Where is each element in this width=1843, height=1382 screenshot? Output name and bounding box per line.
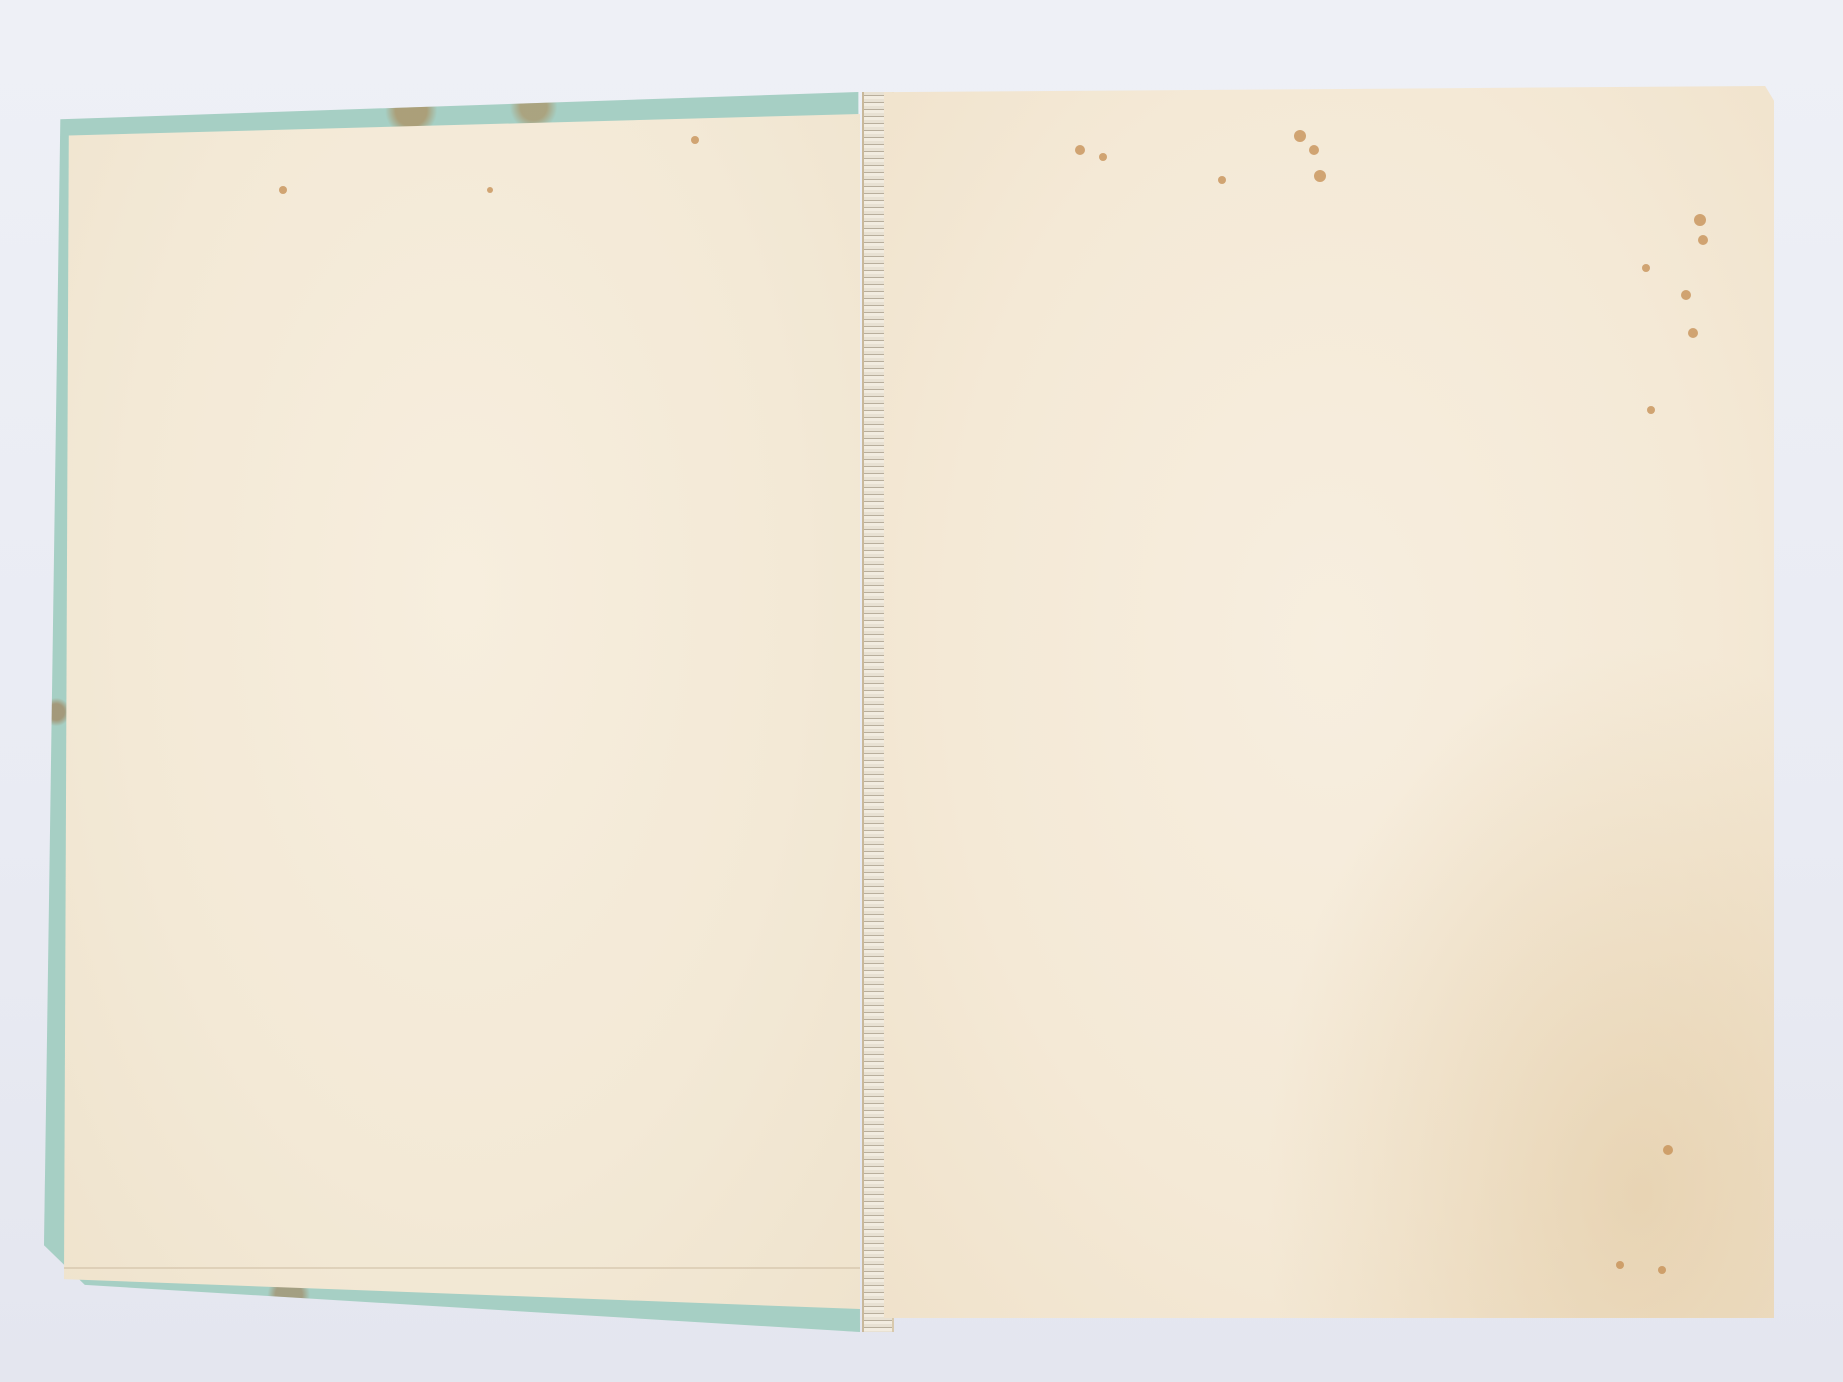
foxing-spot bbox=[1075, 145, 1085, 155]
foxing-spot bbox=[1688, 328, 1698, 338]
foxing-spot bbox=[1616, 1261, 1624, 1269]
foxing-spot bbox=[1642, 264, 1650, 272]
foxing-spot bbox=[1314, 170, 1326, 182]
foxing-spot bbox=[1099, 153, 1107, 161]
foxing-spot bbox=[1309, 145, 1319, 155]
foxing-spot bbox=[1681, 290, 1691, 300]
foxing-spot bbox=[691, 136, 699, 144]
foxing-spot bbox=[279, 186, 287, 194]
right-page bbox=[884, 86, 1774, 1318]
open-book-photo bbox=[0, 0, 1843, 1382]
left-page-fold-line bbox=[64, 1267, 860, 1269]
left-endpaper bbox=[64, 114, 860, 1309]
foxing-spot bbox=[1218, 176, 1226, 184]
foxing-spot bbox=[1647, 406, 1655, 414]
foxing-spot bbox=[1294, 130, 1306, 142]
foxing-spot bbox=[1694, 214, 1706, 226]
foxing-spot bbox=[1663, 1145, 1673, 1155]
foxing-spot bbox=[1698, 235, 1708, 245]
foxing-spot bbox=[1658, 1266, 1666, 1274]
foxing-spot bbox=[487, 187, 493, 193]
